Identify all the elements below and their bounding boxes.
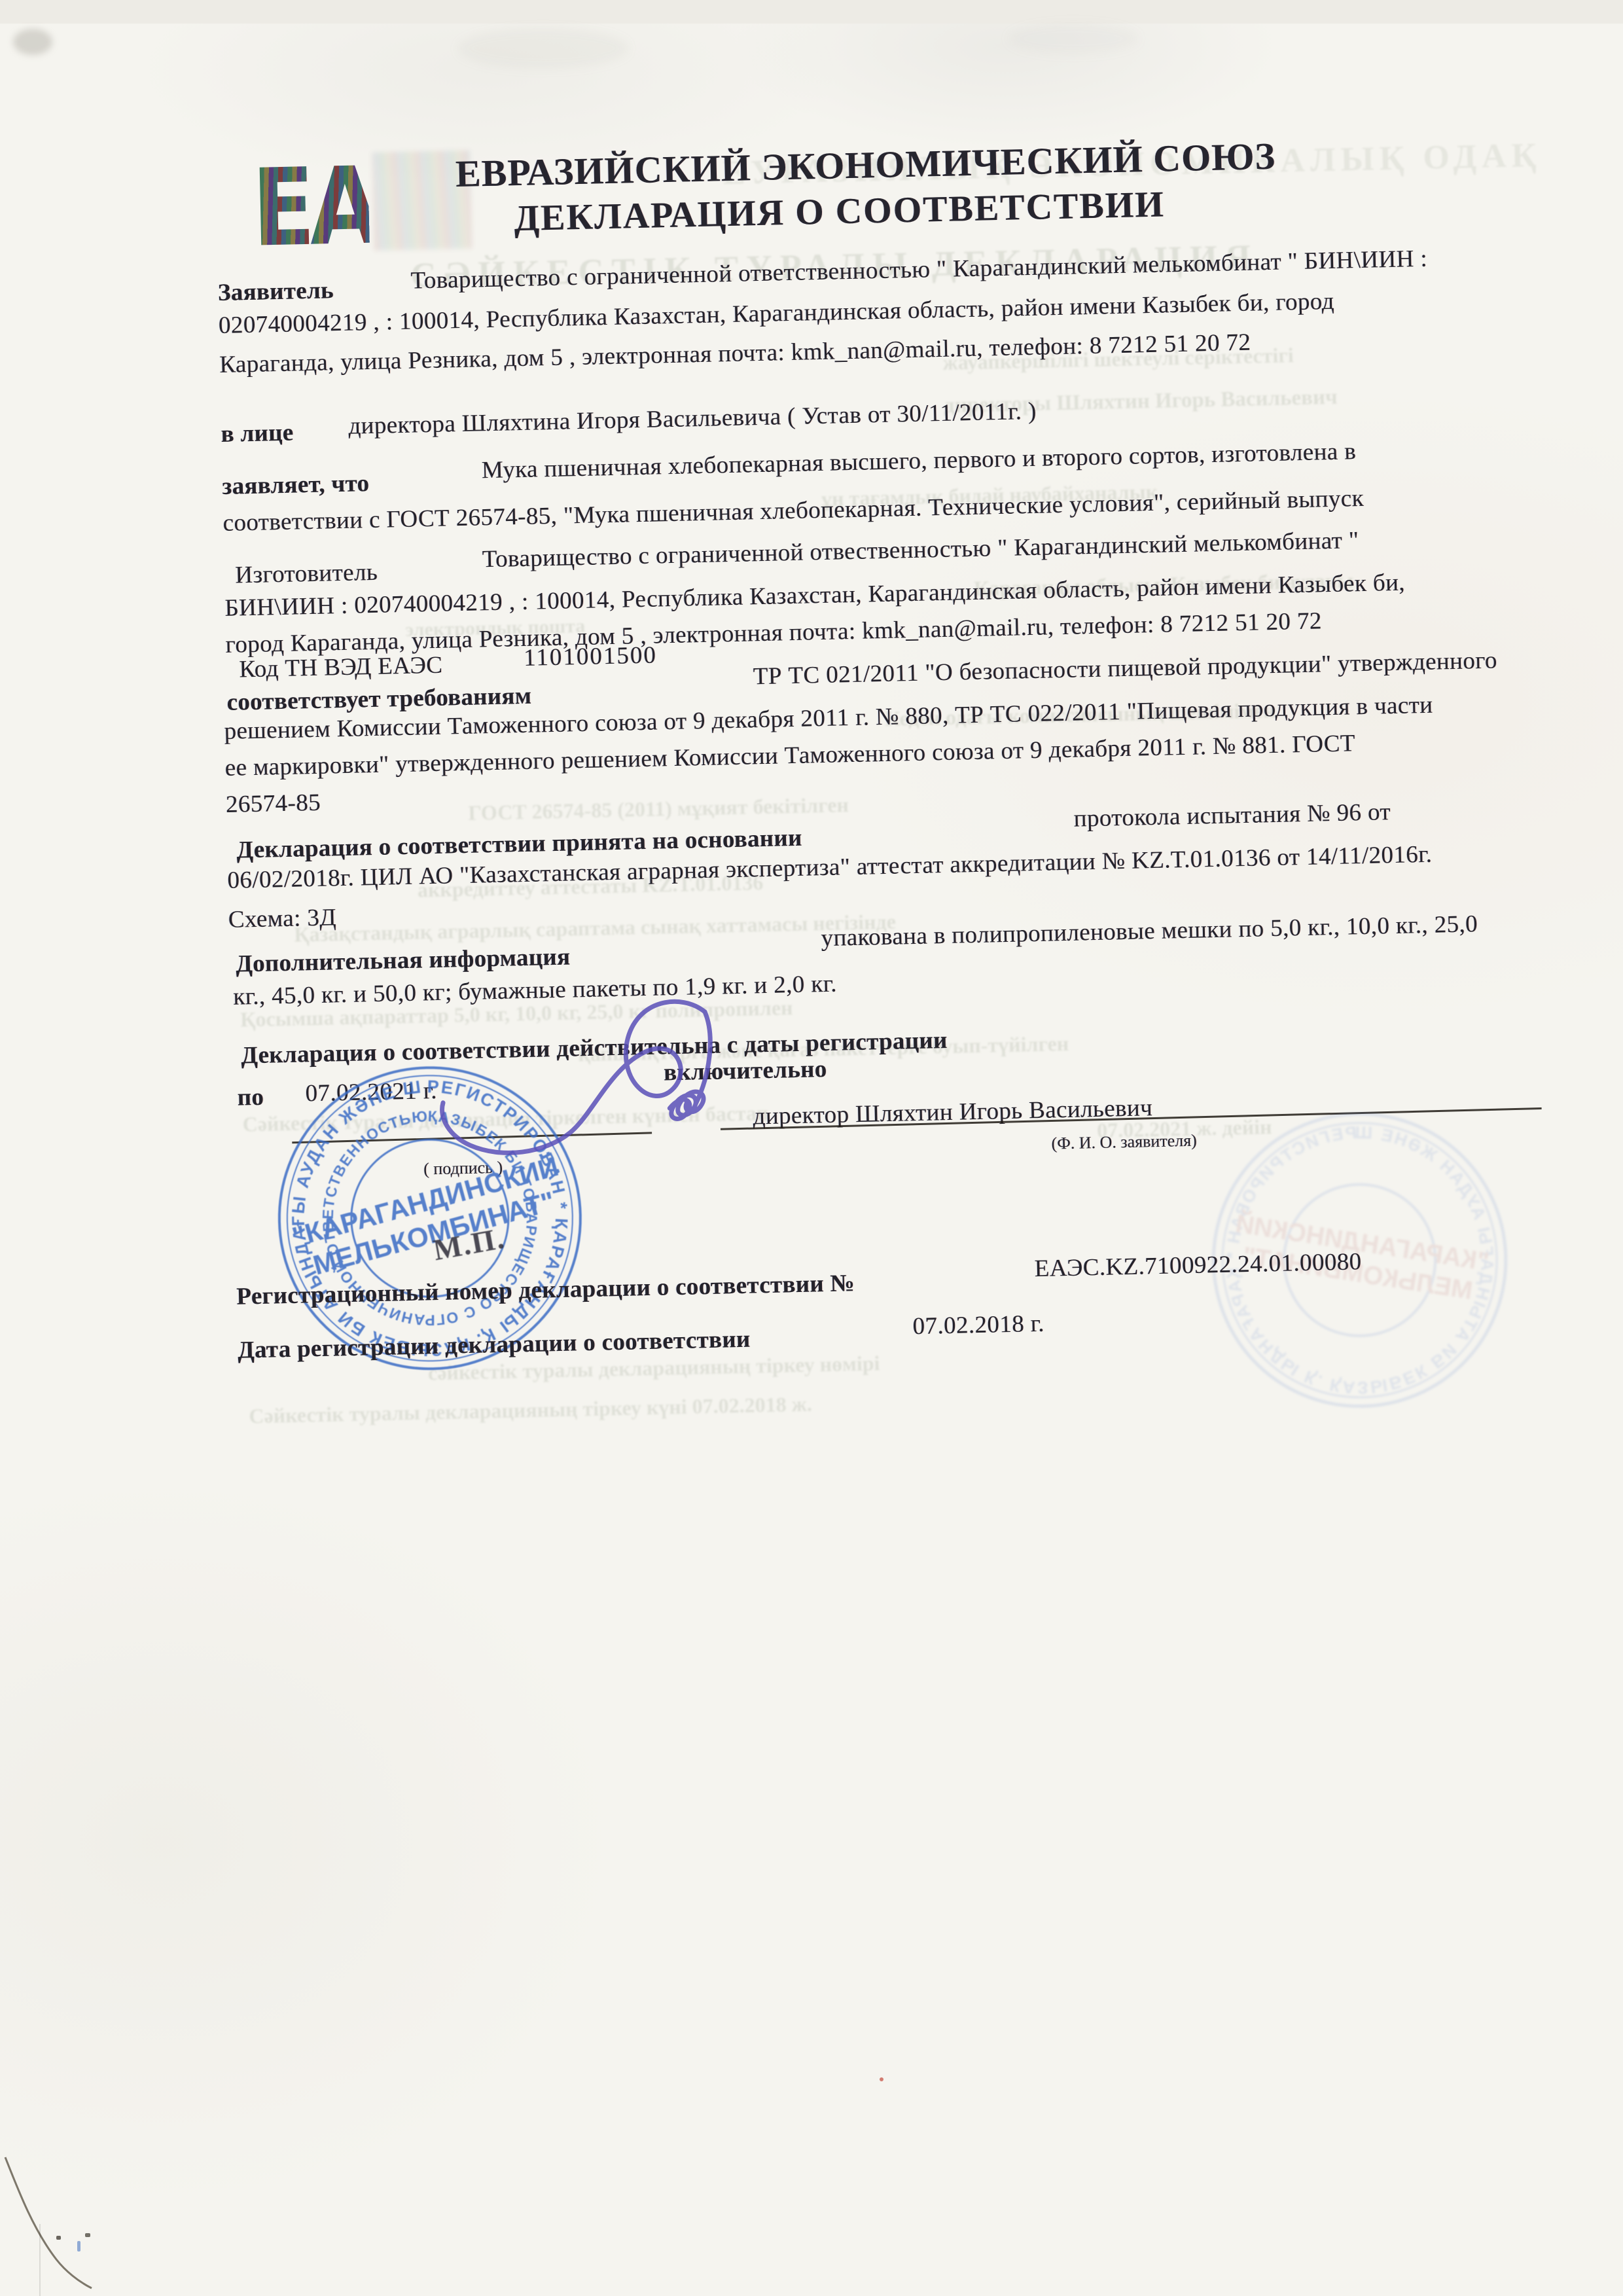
paper-edge-line — [39, 2224, 41, 2296]
scanned-declaration-page: ЕУРАЗИЯЛЫҚ ЭКОНОМИКАЛЫҚ ОДАҚ СӘЙКЕСТІК Т… — [0, 0, 1623, 2296]
ghost-text: Сәйкестік туралы декларацияның тіркеу кү… — [249, 1392, 812, 1429]
reg-date-value: 07.02.2018 г. — [912, 1310, 1044, 1340]
basis-line3: Схема: 3Д — [228, 903, 336, 934]
handwritten-signature — [373, 949, 837, 1234]
applicant-label: Заявитель — [217, 276, 334, 307]
scan-speck — [85, 2233, 90, 2237]
fio-caption: (Ф. И. О. заявителя) — [1051, 1131, 1197, 1154]
ink-speck-red — [880, 2077, 883, 2081]
complies-line4: 26574-85 — [226, 789, 321, 819]
ghost-text: Қазақстандық аграрлық сараптама сынақ ха… — [294, 910, 896, 947]
manufacturer-label: Изготовитель — [235, 558, 378, 590]
validity-po: по — [237, 1083, 264, 1112]
tnved-label: Код ТН ВЭД ЕАЭС — [239, 641, 443, 684]
ghost-text: ГОСТ 26574-85 (2011) мұқият бекітілген — [468, 793, 849, 825]
declares-label: заявляет, что — [222, 469, 370, 501]
document-content: ЕУРАЗИЯЛЫҚ ЭКОНОМИКАЛЫҚ ОДАҚ СӘЙКЕСТІК Т… — [0, 0, 1623, 2296]
basis-right: протокола испытания № 96 от — [1073, 798, 1391, 833]
scan-speck — [56, 2236, 61, 2240]
page-curl-mark — [0, 2127, 196, 2296]
manufacturer-line1: Товарищество с ограниченной отвественнос… — [482, 526, 1359, 573]
declares-line1: Мука пшеничная хлебопекарная высшего, пе… — [481, 437, 1356, 484]
ink-speck-blue — [77, 2241, 80, 2251]
additional-right: упакована в полипропиленовые мешки по 5,… — [821, 910, 1478, 952]
complies-line1: ТР ТС 021/2011 "О безопасности пищевой п… — [753, 647, 1497, 691]
eac-logo: ЕАС — [251, 145, 370, 277]
tnved-value: 1101001500 — [524, 641, 658, 672]
in-person-value: директора Шляхтина Игоря Васильевича ( У… — [348, 397, 1037, 440]
in-person-label: в лице — [221, 419, 294, 448]
